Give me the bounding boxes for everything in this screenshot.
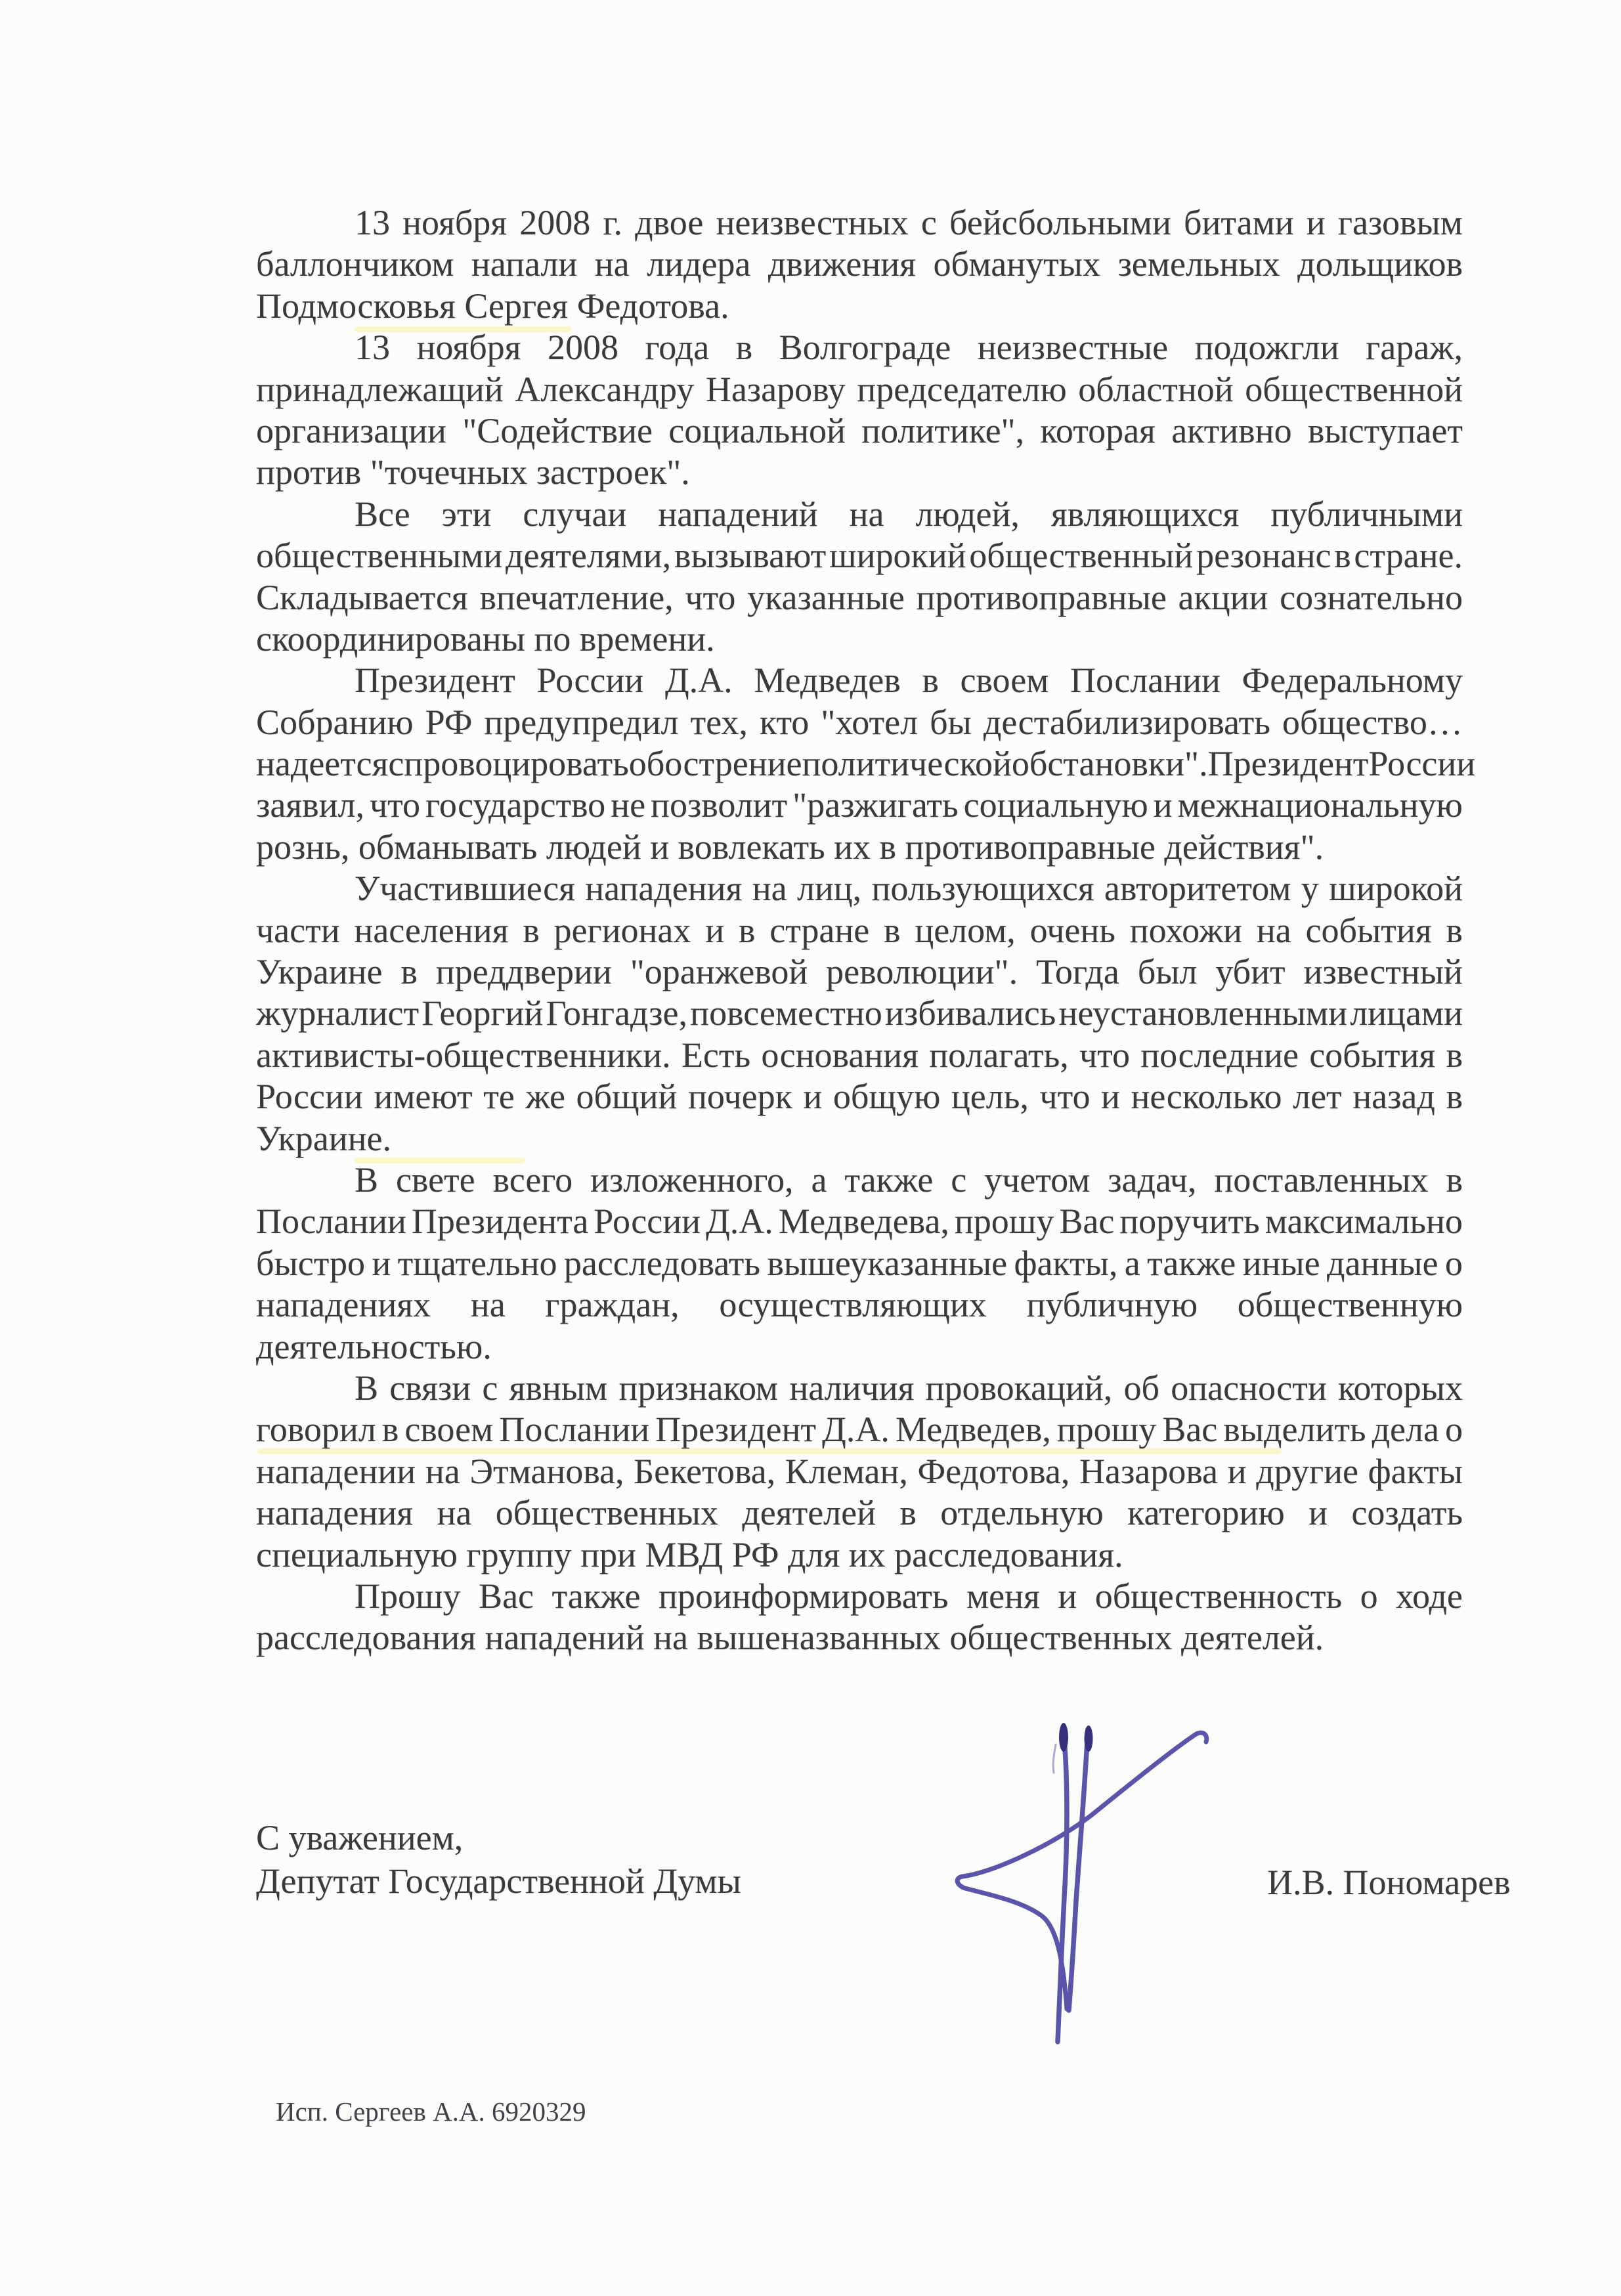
body-line: Россииимеюттежеобщийпочеркиобщуюцель,что… [256,1076,1463,1117]
word: Вас [479,1576,534,1617]
word: и [1101,1076,1120,1117]
scan-artifact [257,1448,1282,1454]
paragraph: Всеэтислучаинападенийналюдей,являющихсяп… [256,494,1463,661]
word: в [884,910,901,951]
body-line: заявил,чтогосударствонепозволит"разжигат… [256,785,1463,826]
body-line: быстроитщательнорасследоватьвышеуказанны… [256,1243,1463,1284]
word: на [425,1451,460,1492]
word: Все [355,494,410,535]
body-line: рознь, обманывать людей и вовлекать их в… [256,827,1463,868]
word: общую [833,1076,940,1117]
body-line: ПрошуВастакжепроинформироватьменяиобщест… [256,1576,1463,1617]
word: также [1147,1243,1236,1284]
word: вызывают [674,535,826,576]
word: людей, [915,494,1019,535]
body-line: 13ноября2008годавВолгограденеизвестныепо… [256,327,1463,368]
word: быстро [256,1243,365,1284]
paragraph: 13ноября2008г.двоенеизвестныхсбейсбольны… [256,202,1463,327]
word: общественных [496,1492,718,1534]
word: что [370,785,420,826]
body-line: 13ноября2008г.двоенеизвестныхсбейсбольны… [256,202,1463,244]
word: политической [802,743,1012,785]
word: что [1039,1076,1090,1117]
word: в [739,910,756,951]
word: надеется [256,743,388,785]
word: Александру [515,369,694,410]
word: Послании [256,1201,406,1242]
word: межнациональную [1178,785,1463,826]
word: о [1360,1576,1378,1617]
word: деятелями, [506,535,671,576]
body-line: специальную группу при МВД РФ для их рас… [256,1534,1463,1576]
word: резонанс [1196,535,1331,576]
word: на [595,244,630,285]
word: провокаций, [926,1368,1113,1409]
word: Украине [256,951,382,993]
word: акции [1178,577,1268,618]
word: же [525,1076,565,1117]
word: Назарову [706,369,846,410]
word: в [922,660,939,701]
word: очень [1030,910,1115,951]
word: полагать, [929,1035,1069,1076]
word: деятелей [742,1492,876,1534]
word: вышеуказанные [767,1243,1007,1284]
word: обманутых [933,244,1100,285]
word: и [1228,1451,1247,1492]
word: изложенного, [590,1159,794,1201]
word: 2008 [548,327,618,368]
word: лет [1293,1076,1342,1117]
word: поручить [1119,1201,1259,1242]
word: в [899,1492,917,1534]
word: в [1446,1159,1463,1201]
word: похожи [1130,910,1242,951]
word: председателю [857,369,1066,410]
signature-image [919,1589,1234,2048]
word: баллончиком [256,244,454,285]
word: Собранию [256,702,414,743]
paragraph: ПрезидентРоссииД.А.МедведеввсвоемПослани… [256,660,1463,868]
word: Бекетова, [634,1451,775,1492]
word: России [536,660,643,701]
word: в [1446,1076,1463,1117]
closing-salutation: С уважением, [256,1816,741,1859]
body-line: Складываетсявпечатление,чтоуказанныепрот… [256,577,1463,618]
word: выступает [1308,410,1463,452]
word: и [1308,1492,1328,1534]
word: также [844,1159,933,1201]
word: напали [471,244,577,285]
word: свете [396,1159,475,1201]
word: граждан, [545,1284,679,1326]
ink-blob [1059,1723,1068,1752]
body-line: расследования нападений на вышеназванных… [256,1617,1463,1658]
word: дольщиков [1297,244,1463,285]
word: случаи [523,494,626,535]
word: Есть [681,1035,750,1076]
word: стране. [1354,535,1463,576]
word: расследовать [564,1243,760,1284]
word: на [752,868,787,909]
body-line: говорилвсвоемПосланииПрезидентД.А.Медвед… [256,1409,1463,1450]
word: земельных [1117,244,1280,285]
word: РФ [425,702,473,743]
word: государство [425,785,605,826]
word: всего [493,1159,573,1201]
word: нападения [585,868,742,909]
word: подожгли [1195,327,1339,368]
word: противоправные [917,577,1167,618]
word: Участившиеся [355,868,575,909]
body-line: журналистГеоргийГонгадзе,повсеместноизби… [256,993,1463,1034]
word: связи [389,1368,471,1409]
signature-svg [919,1589,1234,2048]
word: с [482,1368,498,1409]
closing-block: С уважением, Депутат Государственной Дум… [256,1816,741,1903]
word: авторитетом [1104,868,1291,909]
word: тщательно [398,1243,557,1284]
word: которая [1040,410,1155,452]
word: обстановки". [1012,743,1208,785]
word: ходе [1396,1576,1463,1617]
word: Д.А. [706,1201,773,1242]
word: социальную [964,785,1148,826]
word: отдельную [940,1492,1103,1534]
word: битами [1184,202,1294,244]
paragraph: Всветевсегоизложенного,атакжесучетомзада… [256,1159,1463,1368]
word: Д.А. [822,1409,890,1450]
scan-artifact [355,1158,525,1163]
word: об [1124,1368,1159,1409]
executor-note: Исп. Сергеев А.А. 6920329 [276,2096,586,2127]
word: задач, [1108,1159,1196,1201]
word: ноября [402,202,507,244]
word: у [1301,868,1319,909]
word: дестабилизировать [983,702,1270,743]
word: Президент [1208,743,1369,785]
word: широкой [1329,868,1463,909]
word: и [1154,785,1173,826]
word: опасности [1171,1368,1327,1409]
word: принадлежащий [256,369,504,410]
word: Назарова [1079,1451,1218,1492]
word: прошу [1057,1409,1156,1450]
word: на [1257,910,1291,951]
body-line: надеетсяспровоцироватьобострениеполитиче… [256,743,1463,785]
word: имеют [374,1076,472,1117]
word: факты, [1014,1243,1118,1284]
word: движения [768,244,916,285]
body-line: Украиневпреддверии"оранжевойреволюции".Т… [256,951,1463,993]
word: Послании [1070,660,1221,701]
word: общественный [969,535,1193,576]
word: Тогда [1036,951,1119,993]
word: неизвестные [978,327,1168,368]
word: стране [769,910,869,951]
word: предупредил [484,702,678,743]
body-line: против "точечных застроек". [256,452,1463,493]
word: части [256,910,340,951]
body-line: Всветевсегоизложенного,атакжесучетомзада… [256,1159,1463,1201]
word: Прошу [355,1576,461,1617]
body-line: Украине. [256,1118,1463,1159]
word: учетом [984,1159,1090,1201]
word: Д.А. [665,660,733,701]
word: о [1445,1409,1463,1450]
word: социальной [668,410,846,452]
word: в [382,1409,399,1450]
word: убит [1215,951,1285,993]
word: был [1138,951,1198,993]
word: России [1368,743,1475,785]
word: 13 [355,327,390,368]
word: на [850,494,884,535]
word: факты [1368,1451,1463,1492]
word: Послании [499,1409,649,1450]
word: активисты-общественники. [256,1035,671,1076]
word: Президента [412,1201,588,1242]
word: указанные [747,577,905,618]
word: и [372,1243,391,1284]
word: лиц, [797,868,861,909]
word: в [1446,1035,1463,1076]
word: политике", [861,410,1024,452]
word: Президент [655,1409,816,1450]
scan-artifact [355,326,571,332]
word: несколько [1131,1076,1282,1117]
word: нападении [256,1451,416,1492]
word: данные [1327,1243,1438,1284]
word: Гонгадзе, [546,993,687,1034]
word: "разжигать [792,785,959,826]
word: целом, [915,910,1015,951]
body-line: ПосланииПрезидентаРоссииД.А.Медведева,пр… [256,1201,1463,1242]
word: эти [442,494,492,535]
word: России [594,1201,701,1242]
word: революции". [826,951,1018,993]
word: в [736,327,753,368]
word: избивались [885,993,1056,1034]
word: иные [1243,1243,1320,1284]
word: события [1309,1035,1435,1076]
word: а [1125,1243,1140,1284]
word: бы [930,702,972,743]
closing-title: Депутат Государственной Думы [256,1859,741,1903]
ink-blob [1085,1725,1093,1752]
word: говорил [256,1409,376,1450]
word: общественными [256,535,502,576]
word: тех, [691,702,748,743]
word: "хотел [821,702,918,743]
word: а [811,1159,827,1201]
word: Медведев [754,660,900,701]
word: не [611,785,645,826]
word: нападениях [256,1284,431,1326]
word: организации [256,410,446,452]
word: в [523,910,540,951]
word: создать [1351,1492,1463,1534]
word: на [471,1284,506,1326]
word: пользующихся [872,868,1094,909]
word: своем [960,660,1048,701]
word: В [355,1368,378,1409]
word: публичными [1270,494,1463,535]
word: гараж, [1366,327,1463,368]
word: нападений [658,494,817,535]
word: поставленных [1214,1159,1428,1201]
word: известный [1304,951,1463,993]
word: которых [1338,1368,1463,1409]
word: дела [1372,1409,1439,1450]
word: Этманова, [469,1451,624,1492]
word: активно [1171,410,1291,452]
word: проинформировать [659,1576,949,1617]
word: позволит [651,785,787,826]
word: другие [1256,1451,1358,1492]
word: России [256,1076,363,1117]
word: года [645,327,709,368]
word: почерк [688,1076,792,1117]
body-line: активисты-общественники.Естьоснованияпол… [256,1035,1463,1076]
word: Вас [1162,1409,1217,1450]
word: заявил, [256,785,364,826]
word: общественной [1245,369,1463,410]
letter-body: 13ноября2008г.двоенеизвестныхсбейсбольны… [256,202,1463,1659]
word: кто [760,702,809,743]
word: о [1445,1243,1463,1284]
body-line: СобраниюРФпредупредилтех,кто"хотелбыдест… [256,702,1463,743]
signer-name: И.В. Пономарев [1267,1861,1511,1904]
body-line: организации"Содействиесоциальнойполитике… [256,410,1463,452]
word: назад [1352,1076,1435,1117]
word: в [1446,910,1463,951]
body-line: ПрезидентРоссииД.А.МедведеввсвоемПослани… [256,660,1463,701]
word: регионах [554,910,691,951]
word: и [803,1076,822,1117]
paragraph: ПрошуВастакжепроинформироватьменяиобщест… [256,1576,1463,1659]
word: сознательно [1280,577,1463,618]
body-line: частинаселенияврегионахивстраневцелом,оч… [256,910,1463,951]
word: признаком [618,1368,778,1409]
word: повсеместно [690,993,882,1034]
word: общественную [1238,1284,1463,1326]
body-line: скоординированы по времени. [256,618,1463,660]
word: газовым [1338,202,1463,244]
word: 2008 [519,202,590,244]
word: лидера [647,244,750,285]
word: обострение [629,743,802,785]
word: журналист [256,993,419,1034]
body-line: Всвязисявнымпризнакомналичияпровокаций,о… [256,1368,1463,1409]
word: впечатление, [479,577,673,618]
body-line: Подмосковья Сергея Федотова. [256,286,1463,327]
word: г. [603,202,622,244]
word: Клеман, [785,1451,908,1492]
word: явным [509,1368,608,1409]
word: с [921,202,937,244]
paragraph: Участившиесянападенияналиц,пользующихсяа… [256,868,1463,1159]
word: являющихся [1051,494,1239,535]
word: лицами [1350,993,1463,1034]
word: населения [354,910,508,951]
body-line: принадлежащийАлександруНазаровупредседат… [256,369,1463,410]
word: осуществляющих [719,1284,986,1326]
word: нападения [256,1492,413,1534]
word: в [400,951,418,993]
word: события [1306,910,1432,951]
word: общество… [1282,702,1463,743]
word: основания [761,1035,919,1076]
word: преддверии [436,951,612,993]
word: широкий [829,535,966,576]
word: спровоцировать [388,743,628,785]
word: те [483,1076,515,1117]
word: неустановленными [1059,993,1347,1034]
word: Медведев, [896,1409,1051,1450]
word: публичную [1026,1284,1198,1326]
word: максимально [1265,1201,1463,1242]
word: Федеральному [1242,660,1463,701]
word: Вас [1059,1201,1114,1242]
word: ноября [416,327,521,368]
word: "оранжевой [630,951,808,993]
body-line: нападениинаЭтманова,Бекетова,Клеман,Федо… [256,1451,1463,1492]
body-line: Всеэтислучаинападенийналюдей,являющихсяп… [256,494,1463,535]
word: Волгограде [779,327,951,368]
word: неизвестных [716,202,908,244]
word: также [551,1576,640,1617]
body-line: нападенияхнаграждан,осуществляющихпублич… [256,1284,1463,1326]
word: цель, [951,1076,1029,1117]
word: прошу [955,1201,1054,1242]
word: с [951,1159,966,1201]
word: своем [404,1409,493,1450]
word: Медведева, [779,1201,949,1242]
word: Складывается [256,577,468,618]
word: категорию [1127,1492,1285,1534]
word: Георгий [421,993,543,1034]
word: наличия [789,1368,914,1409]
word: последние [1140,1035,1299,1076]
word: В [355,1159,378,1201]
paragraph: Всвязисявнымпризнакомналичияпровокаций,о… [256,1368,1463,1576]
word: что [1079,1035,1130,1076]
word: "Содействие [462,410,653,452]
body-line: деятельностью. [256,1326,1463,1368]
body-line: баллончикомнапалиналидерадвиженияобманут… [256,244,1463,285]
body-line: нападениянаобщественныхдеятелейвотдельну… [256,1492,1463,1534]
word: и [1307,202,1326,244]
word: общий [576,1076,678,1117]
word: бейсбольными [949,202,1171,244]
scanned-letter-page: 13ноября2008г.двоенеизвестныхсбейсбольны… [0,0,1621,2296]
word: выделить [1223,1409,1366,1450]
word: и [705,910,724,951]
body-line: Участившиесянападенияналиц,пользующихсяа… [256,868,1463,909]
word: на [437,1492,472,1534]
word: областной [1078,369,1233,410]
word: что [685,577,735,618]
body-line: общественнымидеятелями,вызываютширокийоб… [256,535,1463,576]
word: Президент [355,660,515,701]
word: двое [635,202,703,244]
word: Федотова, [918,1451,1070,1492]
word: 13 [355,202,390,244]
word: в [1334,535,1351,576]
paragraph: 13ноября2008годавВолгограденеизвестныепо… [256,327,1463,494]
